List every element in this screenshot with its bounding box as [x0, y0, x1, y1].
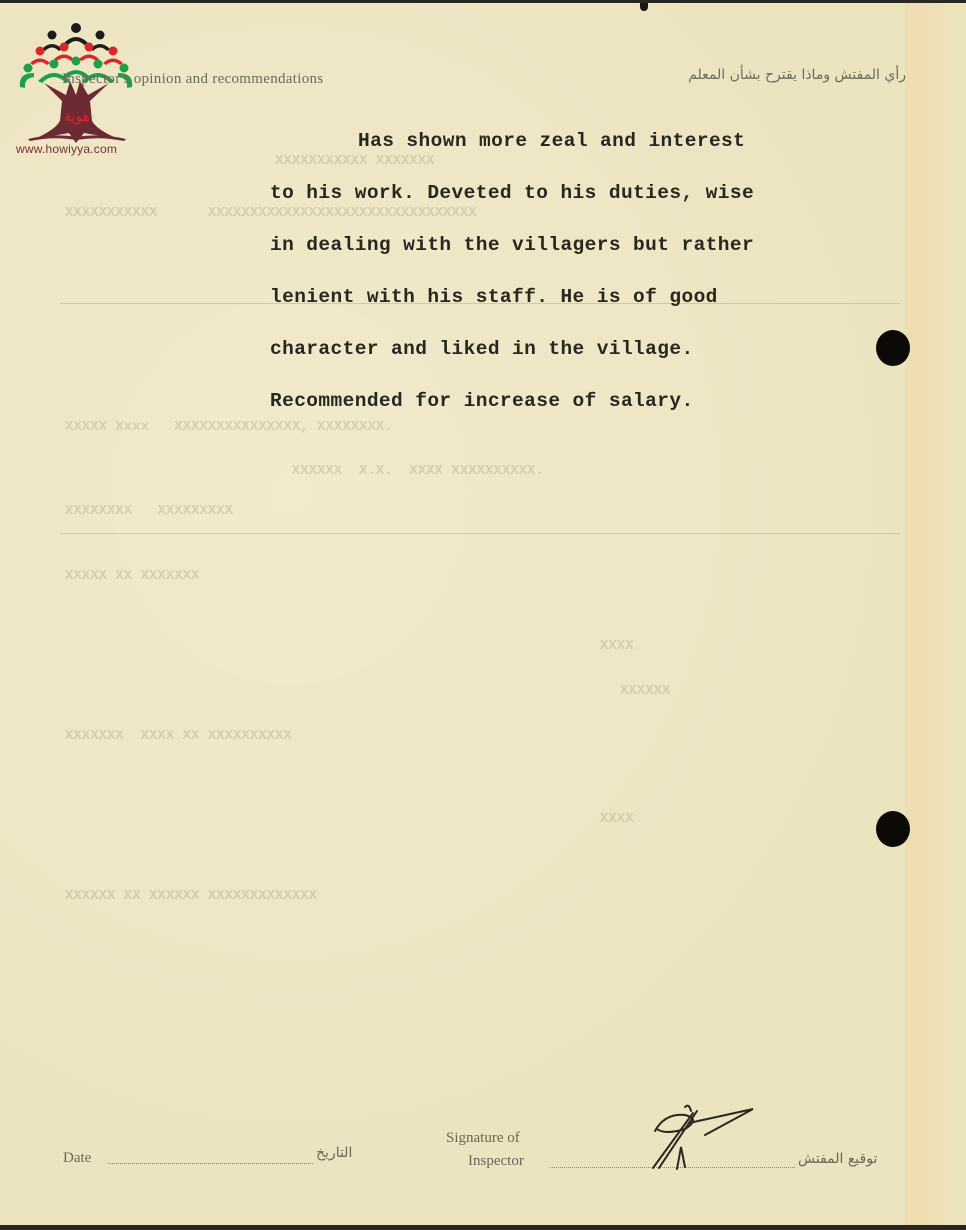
- signature-label: Signature of: [446, 1130, 520, 1147]
- bleed-through-text: XXXX: [600, 811, 634, 827]
- date-label: Date: [63, 1150, 91, 1167]
- punch-hole: [876, 811, 910, 847]
- inspector-signature: [645, 1103, 765, 1173]
- top-edge-mark: [640, 3, 648, 11]
- bleed-through-text: XXXXXX XX XXXXXX XXXXXXXXXXXXX: [65, 888, 317, 904]
- bleed-through-text: XXXXXX X.X. XXXX XXXXXXXXXX.: [275, 463, 544, 479]
- signature-label: Inspector: [468, 1153, 524, 1170]
- remarks-line: to his work. Deveted to his duties, wise: [270, 175, 890, 227]
- bleed-through-text: XXXX: [600, 638, 634, 654]
- inspector-remarks: Has shown more zeal and interest to his …: [270, 123, 890, 435]
- watermark-url: www.howiyya.com: [16, 142, 117, 156]
- remarks-line: Has shown more zeal and interest: [270, 123, 890, 175]
- remarks-line: character and liked in the village.: [270, 331, 890, 383]
- document-page: هوية www.howiyya.com Inspector's opinion…: [0, 3, 966, 1225]
- divider-line: [60, 533, 900, 534]
- scan-border: [0, 1225, 966, 1230]
- remarks-line: lenient with his staff. He is of good: [270, 279, 890, 331]
- punch-hole: [876, 330, 910, 366]
- signature-label-arabic: توقيع المفتش: [798, 1151, 877, 1167]
- howiyya-logo-icon: هوية: [14, 21, 139, 156]
- bleed-through-text: XXXXXXXX XXXXXXXXX: [65, 503, 233, 519]
- bleed-through-text: XXXXX XX XXXXXXX: [65, 568, 199, 584]
- remarks-line: Recommended for increase of salary.: [270, 383, 890, 435]
- header-label-english: Inspector's opinion and recommendations: [62, 71, 323, 88]
- date-field-line: [108, 1163, 313, 1164]
- date-label-arabic: التاريخ: [316, 1145, 352, 1161]
- header-label-arabic: رأي المفتش وماذا يقترح بشأن المعلم: [688, 67, 906, 83]
- remarks-line: in dealing with the villagers but rather: [270, 227, 890, 279]
- svg-text:هوية: هوية: [64, 109, 90, 125]
- bleed-through-text: XXXXXXX XXXX XX XXXXXXXXXX: [65, 728, 292, 744]
- bleed-through-text: XXXXXX: [620, 683, 670, 699]
